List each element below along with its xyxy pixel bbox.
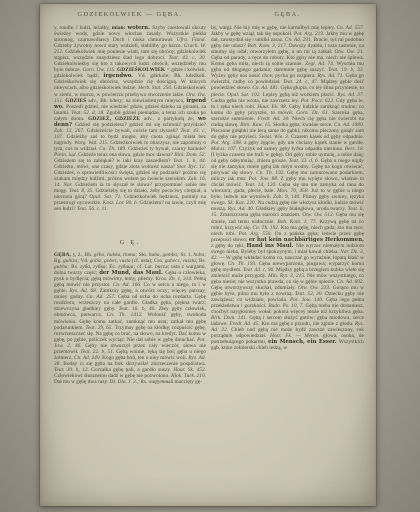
running-header-left: GDZIEKOLWIEK — GĘBA. bbox=[54, 10, 206, 20]
book-page-scan: GDZIEKOLWIEK — GĘBA. GĘBA. y, rondle, i … bbox=[0, 0, 420, 512]
entry-text: by, wargi. Nie biy mię w gębę, nie karmi… bbox=[211, 25, 364, 472]
right-column: by, wargi. Nie biy mię w gębę, nie karmi… bbox=[211, 25, 364, 472]
running-header-right: GĘBA. bbox=[211, 10, 364, 20]
left-column: y, rondle, i ludzi, leżałby, mian: wofer… bbox=[54, 25, 206, 472]
section-divider: G Ę. bbox=[54, 235, 206, 252]
entry-text: y, rondle, i ludzi, leżałby, mian: wofer… bbox=[54, 25, 206, 235]
entry-text: GĘBA, y, ż., Bh. gěba, hubka, tlama; Sło… bbox=[54, 252, 206, 472]
page-paper: GDZIEKOLWIEK — GĘBA. GĘBA. y, rondle, i … bbox=[40, 4, 376, 506]
